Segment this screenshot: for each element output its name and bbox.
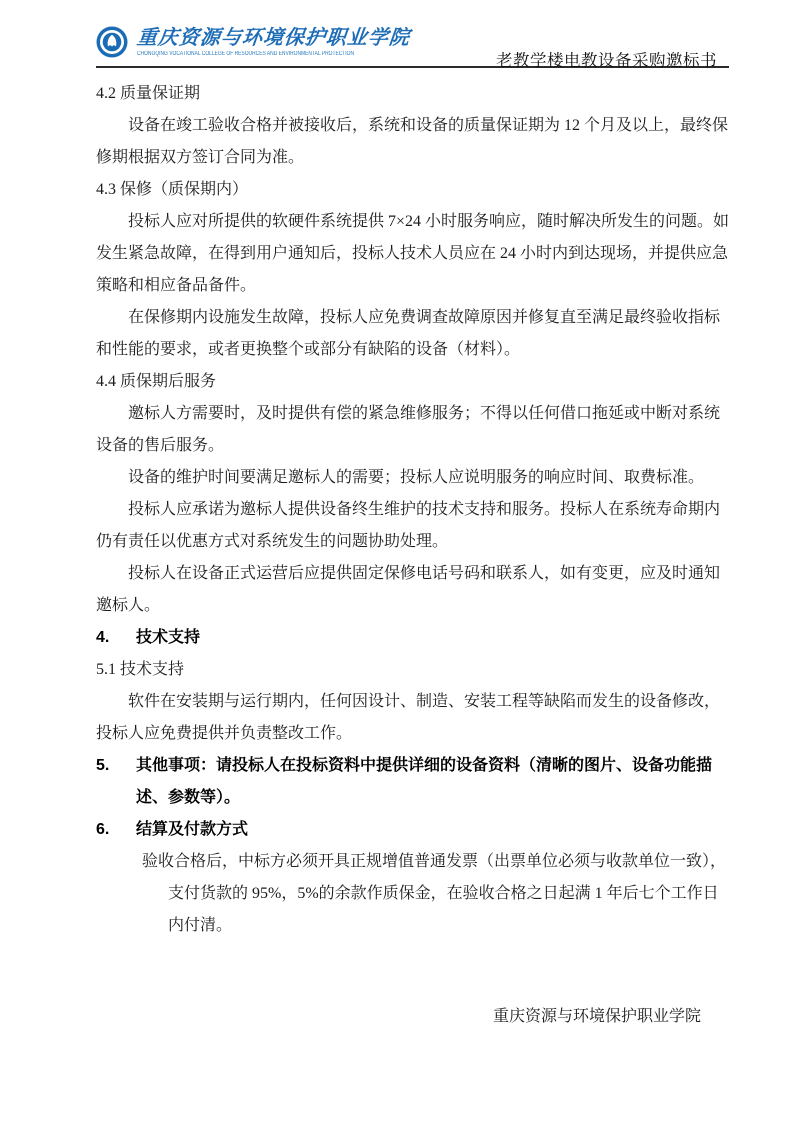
- numbered-section-heading: 6. 结算及付款方式: [96, 814, 731, 846]
- section-title: 其他事项：请投标人在投标资料中提供详细的设备资料（清晰的图片、设备功能描述、参数…: [136, 750, 731, 814]
- college-emblem-icon: [96, 26, 128, 58]
- section-number: 5.: [96, 750, 136, 814]
- subsection-heading: 4.4 质保期后服务: [96, 366, 731, 398]
- body-paragraph: 投标人在设备正式运营后应提供固定保修电话号码和联系人，如有变更，应及时通知邀标人…: [96, 558, 731, 622]
- body-paragraph: 设备在竣工验收合格并被接收后，系统和设备的质量保证期为 12 个月及以上，最终保…: [96, 110, 731, 174]
- body-paragraph: 软件在安装期与运行期内，任何因设计、制造、安装工程等缺陷而发生的设备修改，投标人…: [96, 686, 731, 750]
- document-body: 4.2 质量保证期 设备在竣工验收合格并被接收后，系统和设备的质量保证期为 12…: [0, 68, 793, 942]
- section-title: 技术支持: [136, 622, 731, 654]
- subsection-heading: 4.3 保修（质保期内）: [96, 174, 731, 206]
- section-title: 结算及付款方式: [136, 814, 731, 846]
- numbered-section-heading: 4. 技术支持: [96, 622, 731, 654]
- section-number: 4.: [96, 622, 136, 654]
- college-logo-text: 重庆资源与环境保护职业学院 CHONGQING VOCATIONAL COLLE…: [137, 27, 410, 58]
- body-paragraph: 设备的维护时间要满足邀标人的需要；投标人应说明服务的响应时间、取费标准。: [96, 462, 731, 494]
- college-name-calligraphy: 重庆资源与环境保护职业学院: [136, 27, 411, 50]
- subsection-heading: 4.2 质量保证期: [96, 78, 731, 110]
- subsection-heading: 5.1 技术支持: [96, 654, 731, 686]
- body-paragraph: 投标人应承诺为邀标人提供设备终生维护的技术支持和服务。投标人在系统寿命期内仍有责…: [96, 494, 731, 558]
- section-number: 6.: [96, 814, 136, 846]
- document-title: 老教学楼电教设备采购邀标书: [496, 47, 717, 71]
- page-header: 重庆资源与环境保护职业学院 CHONGQING VOCATIONAL COLLE…: [96, 0, 729, 68]
- body-paragraph: 投标人应对所提供的软硬件系统提供 7×24 小时服务响应，随时解决所发生的问题。…: [96, 206, 731, 302]
- college-name-english: CHONGQING VOCATIONAL COLLEGE OF RESOURCE…: [137, 50, 361, 58]
- body-paragraph: 在保修期内设施发生故障，投标人应免费调查故障原因并修复直至满足最终验收指标和性能…: [96, 302, 731, 366]
- signature: 重庆资源与环境保护职业学院: [493, 1006, 701, 1028]
- document-page: 重庆资源与环境保护职业学院 CHONGQING VOCATIONAL COLLE…: [0, 0, 793, 1122]
- payment-paragraph: 验收合格后，中标方必须开具正规增值普通发票（出票单位必须与收款单位一致），支付货…: [96, 846, 731, 942]
- body-paragraph: 邀标人方需要时，及时提供有偿的紧急维修服务；不得以任何借口拖延或中断对系统设备的…: [96, 398, 731, 462]
- numbered-section-heading: 5. 其他事项：请投标人在投标资料中提供详细的设备资料（清晰的图片、设备功能描述…: [96, 750, 731, 814]
